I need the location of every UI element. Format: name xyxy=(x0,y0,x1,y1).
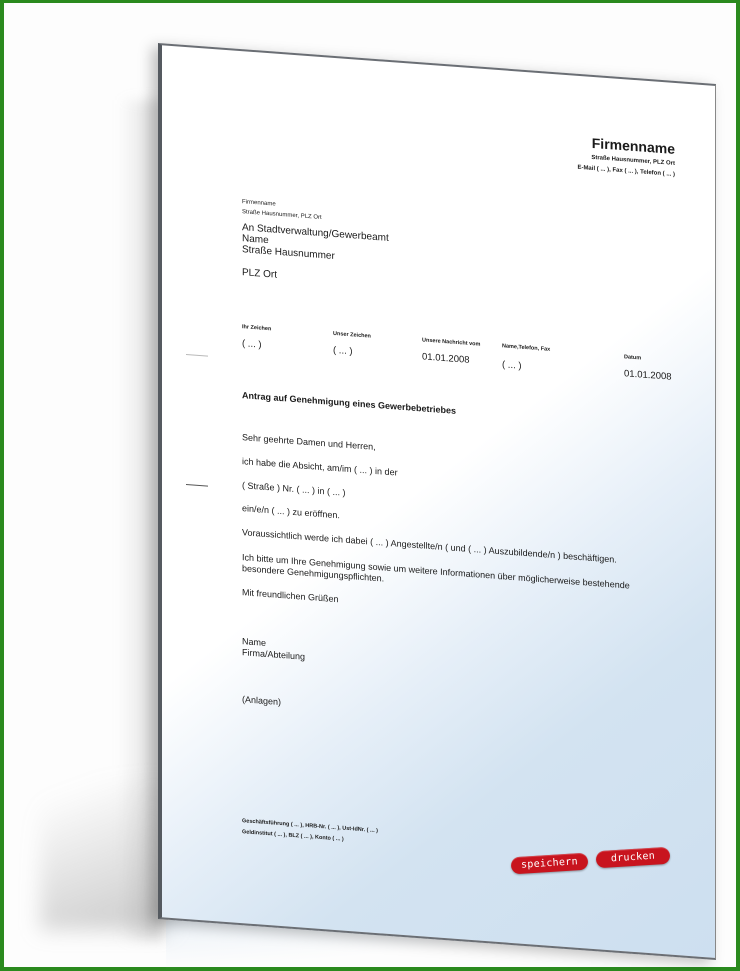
ref-label-unser-zeichen: Unser Zeichen xyxy=(333,331,371,340)
letter-page: Firmenname Straße Hausnummer, PLZ Ort E-… xyxy=(158,43,716,960)
body-salutation: Sehr geehrte Damen und Herren, xyxy=(242,432,376,452)
recipient-line4: PLZ Ort xyxy=(242,267,277,281)
ref-label-ihr-zeichen: Ihr Zeichen xyxy=(242,324,271,332)
letterhead-contact: E-Mail ( ... ), Fax ( ... ), Telefon ( .… xyxy=(577,165,675,178)
ref-label-name-telefon-fax: Name,Telefon, Fax xyxy=(502,343,550,353)
ref-value-ihr-zeichen: ( ... ) xyxy=(242,338,262,350)
letterhead-company-name: Firmenname xyxy=(592,135,675,157)
ref-value-datum: 01.01.2008 xyxy=(624,368,672,382)
letterhead-address: Straße Hausnummer, PLZ Ort xyxy=(591,155,675,167)
signature-department: Firma/Abteilung xyxy=(242,647,305,662)
recipient-line3: Straße Hausnummer xyxy=(242,244,335,262)
signature-name: Name xyxy=(242,636,266,648)
letter-subject: Antrag auf Genehmigung eines Gewerbebetr… xyxy=(242,390,456,416)
fold-mark-punch xyxy=(186,484,208,487)
ref-label-datum: Datum xyxy=(624,354,641,361)
body-closing: Mit freundlichen Grüßen xyxy=(242,587,339,604)
ref-value-name-telefon-fax: ( ... ) xyxy=(502,359,522,371)
ref-label-unsere-nachricht: Unsere Nachricht vom xyxy=(422,337,480,347)
letter-content: Firmenname Straße Hausnummer, PLZ Ort E-… xyxy=(162,45,720,962)
ref-value-unser-zeichen: ( ... ) xyxy=(333,345,353,357)
body-paragraph-2: ( Straße ) Nr. ( ... ) in ( ... ) xyxy=(242,480,346,498)
page-shadow-bottom xyxy=(40,780,170,930)
sender-company: Firmenname xyxy=(242,199,276,207)
fold-mark-top xyxy=(186,354,208,357)
attachments-note: (Anlagen) xyxy=(242,694,281,707)
body-paragraph-1: ich habe die Absicht, am/im ( ... ) in d… xyxy=(242,456,398,477)
body-paragraph-3: ein/e/n ( ... ) zu eröffnen. xyxy=(242,503,340,520)
ref-value-unsere-nachricht: 01.01.2008 xyxy=(422,351,470,365)
sender-address: Straße Hausnummer, PLZ Ort xyxy=(242,209,322,221)
